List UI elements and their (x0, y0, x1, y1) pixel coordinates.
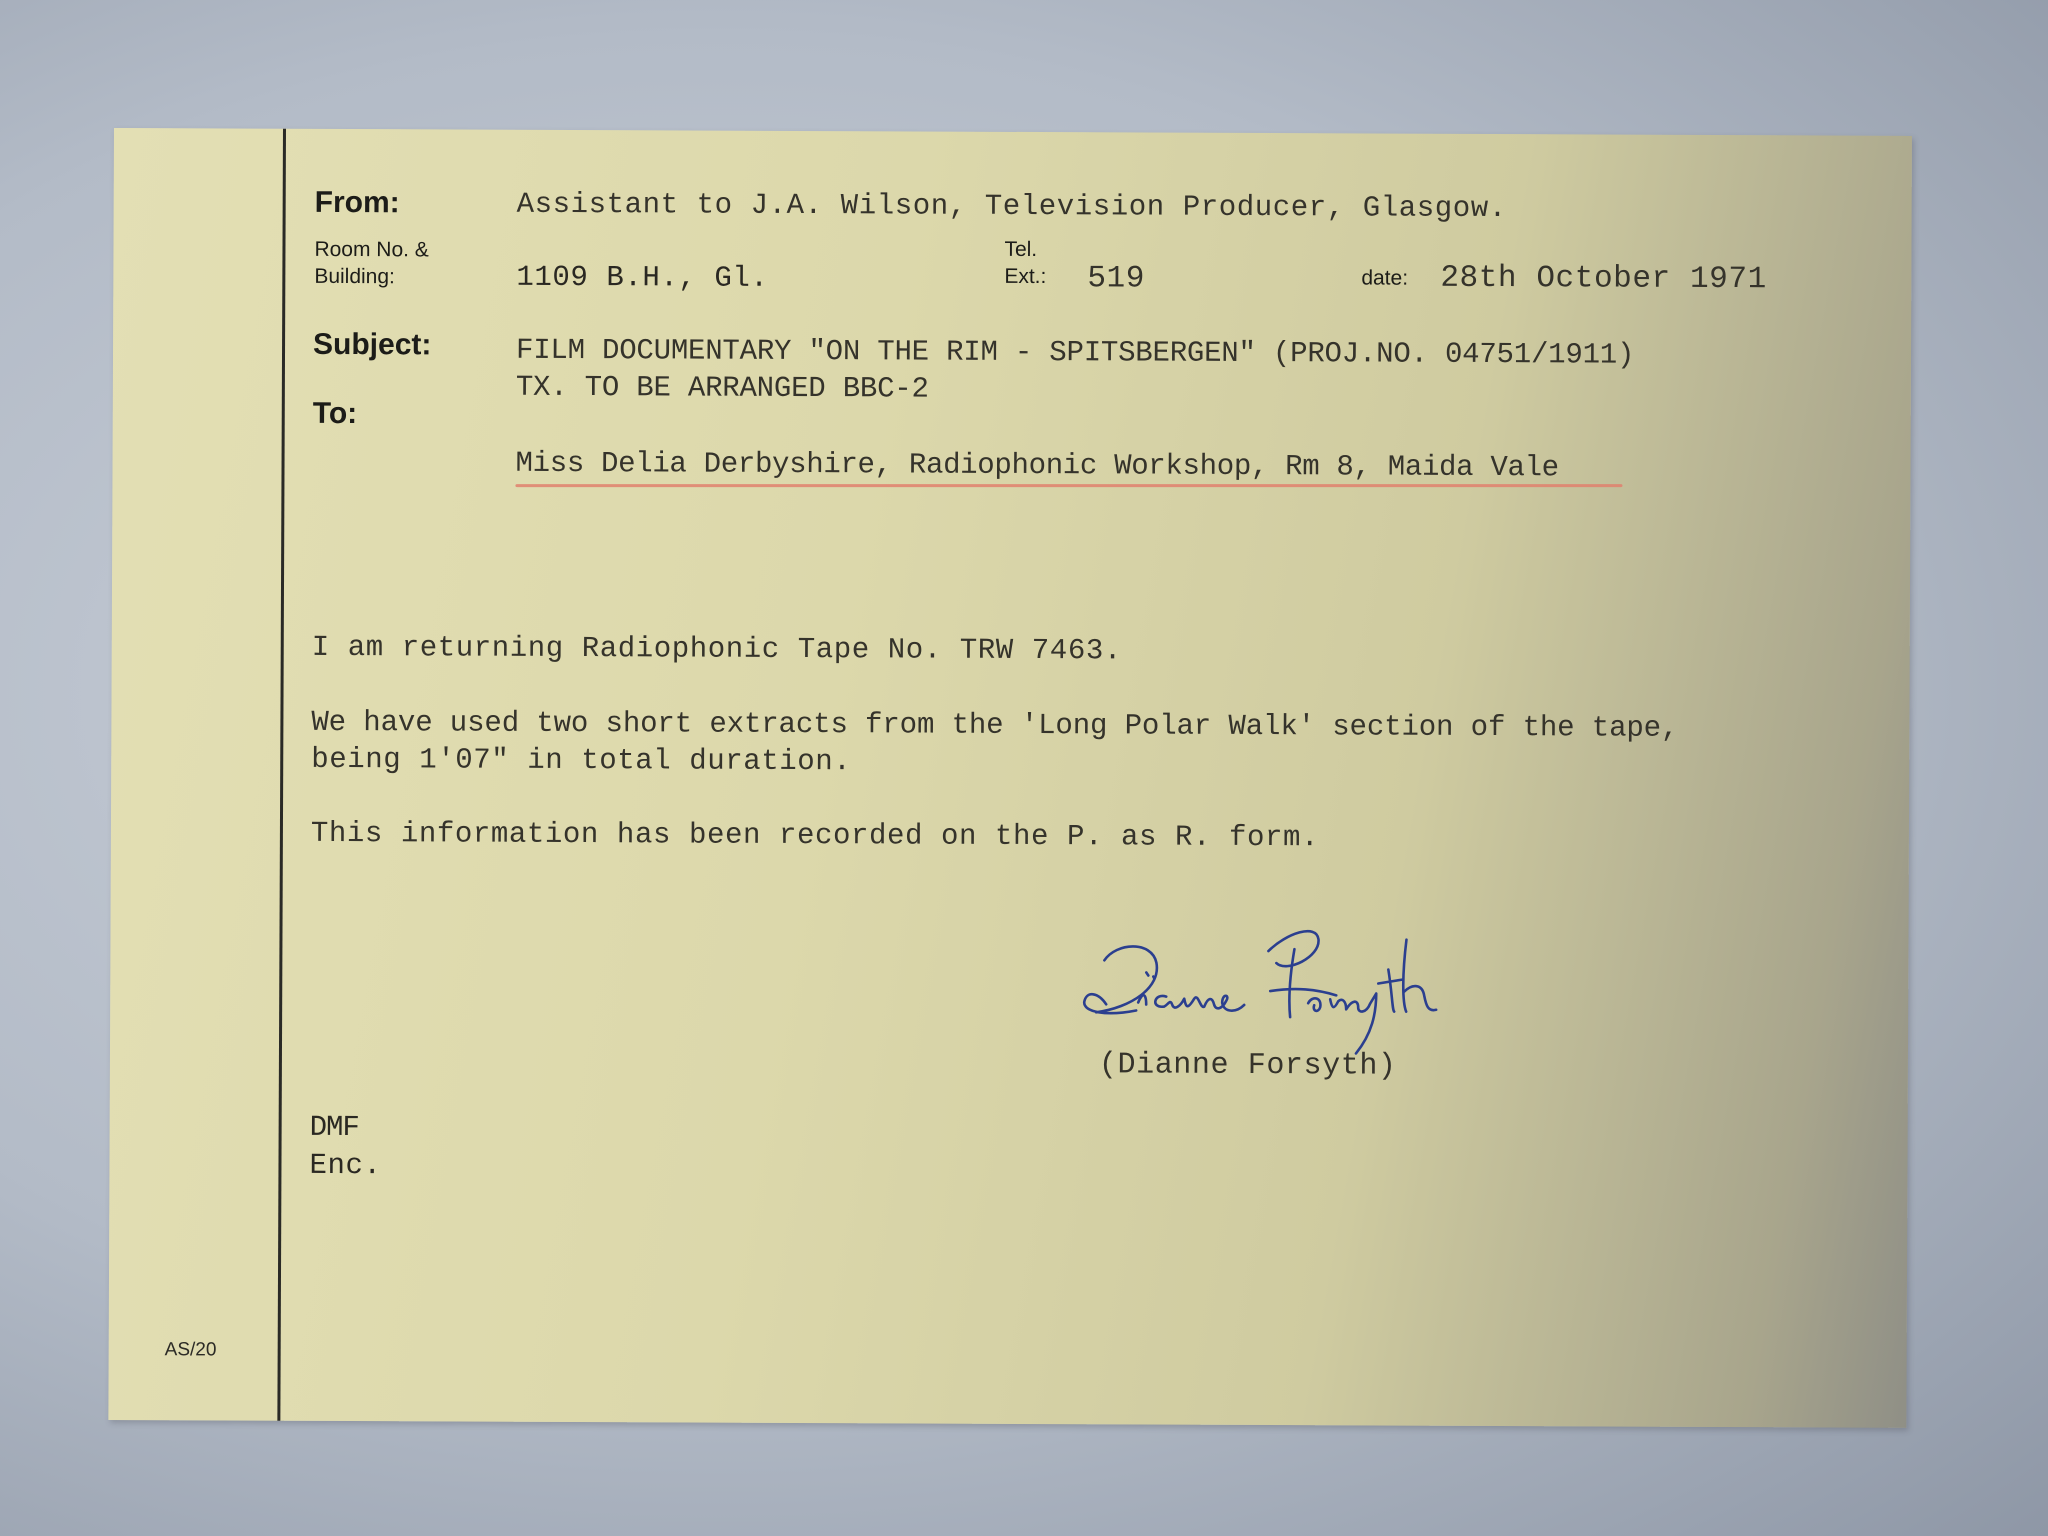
date-label: date: (1361, 264, 1408, 291)
handwritten-signature (1076, 912, 1537, 1064)
typed-signature: (Dianne Forsyth) (1099, 1048, 1397, 1083)
enclosure-note: Enc. (309, 1149, 381, 1182)
subject-line-1: FILM DOCUMENTARY "ON THE RIM - SPITSBERG… (516, 334, 1634, 372)
to-value: Miss Delia Derbyshire, Radiophonic Works… (515, 447, 1558, 485)
subject-line-2: TX. TO BE ARRANGED BBC-2 (516, 371, 929, 406)
room-value: 1109 B.H., Gl. (516, 261, 768, 295)
body-line-2: We have used two short extracts from the… (311, 706, 1678, 745)
from-value: Assistant to J.A. Wilson, Television Pro… (517, 188, 1507, 225)
red-underline (515, 484, 1622, 487)
date-value: 28th October 1971 (1440, 261, 1767, 297)
to-label: To: (313, 397, 358, 431)
memo-paper: From: Assistant to J.A. Wilson, Televisi… (108, 128, 1912, 1428)
tel-label: Tel. Ext.: (1004, 236, 1046, 290)
room-label-line1: Room No. & (314, 236, 428, 263)
room-label-line2: Building: (314, 263, 428, 290)
body-line-3: being 1'07" in total duration. (311, 743, 851, 778)
from-label: From: (315, 186, 400, 220)
room-label: Room No. & Building: (314, 236, 429, 290)
subject-label: Subject: (313, 328, 432, 363)
reference-initials: DMF (310, 1111, 359, 1144)
body-line-1: I am returning Radiophonic Tape No. TRW … (312, 631, 1122, 668)
tel-value: 519 (1087, 261, 1145, 296)
margin-rule (277, 129, 286, 1421)
tel-label-line2: Ext.: (1004, 263, 1046, 290)
tel-label-line1: Tel. (1004, 236, 1046, 263)
body-line-4: This information has been recorded on th… (311, 817, 1319, 854)
form-code: AS/20 (165, 1339, 217, 1361)
